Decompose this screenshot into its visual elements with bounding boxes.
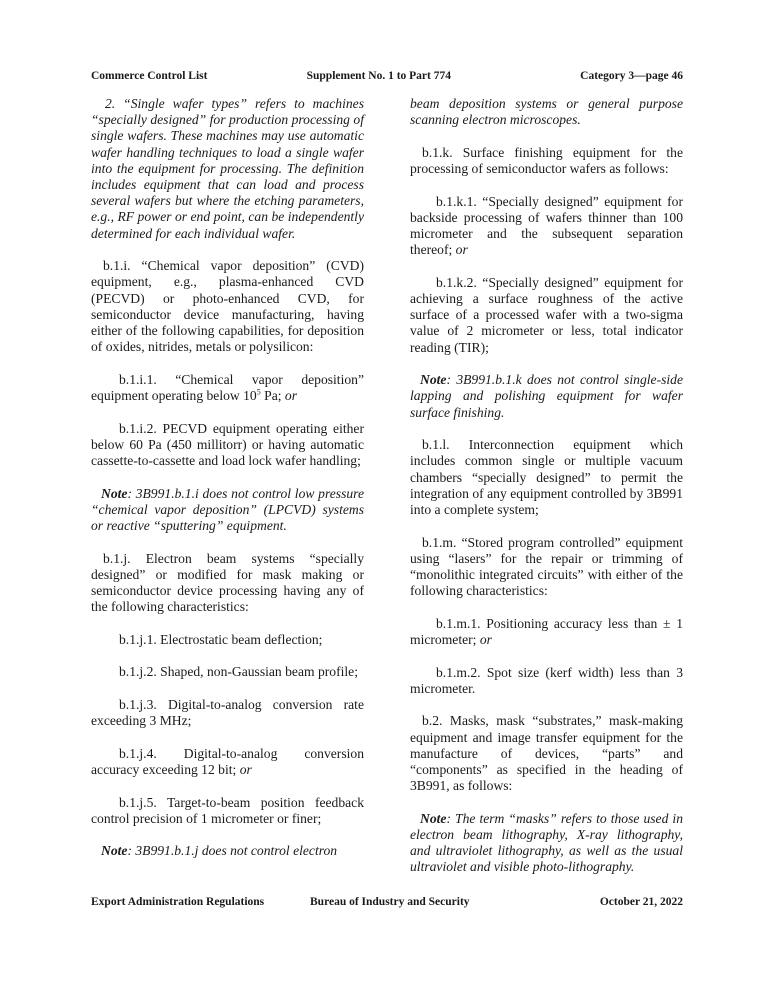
footer-right: October 21, 2022 [600, 896, 683, 908]
header-left: Commerce Control List [91, 70, 207, 82]
para-b1j4: b.1.j.4. Digital-to-analog conversion ac… [91, 746, 364, 778]
footer-left: Export Administration Regulations [91, 896, 264, 908]
note-b1i: Note: 3B991.b.1.i does not control low p… [91, 486, 364, 535]
note-b2: Note: The term “masks” refers to those u… [410, 811, 683, 876]
para-b2: b.2. Masks, mask “substrates,” mask-maki… [410, 713, 683, 794]
footer-center: Bureau of Industry and Security [310, 896, 470, 908]
header-right: Category 3—page 46 [580, 70, 683, 82]
para-b1k1: b.1.k.1. “Specially designed” equipment … [410, 194, 683, 259]
para-b1j1: b.1.j.1. Electrostatic beam deflection; [91, 632, 364, 648]
para-b1j: b.1.j. Electron beam systems “specially … [91, 551, 364, 616]
para-b1k2: b.1.k.2. “Specially designed” equipment … [410, 275, 683, 356]
para-b1k: b.1.k. Surface finishing equipment for t… [410, 145, 683, 177]
note-b1j-continued: beam deposition systems or general purpo… [410, 96, 683, 128]
para-b1j3: b.1.j.3. Digital-to-analog conversion ra… [91, 697, 364, 729]
para-b1m2: b.1.m.2. Spot size (kerf width) less tha… [410, 665, 683, 697]
left-column: 2. “Single wafer types” refers to machin… [91, 96, 364, 876]
para-b1j5: b.1.j.5. Target-to-beam position feedbac… [91, 795, 364, 827]
page-header: Commerce Control List Supplement No. 1 t… [91, 70, 683, 82]
page-footer: Export Administration Regulations Bureau… [91, 896, 683, 908]
right-column: beam deposition systems or general purpo… [410, 96, 683, 892]
note-b1j: Note: 3B991.b.1.j does not control elect… [91, 843, 364, 859]
para-b1l: b.1.l. Interconnection equipment which i… [410, 437, 683, 518]
para-b1m1: b.1.m.1. Positioning accuracy less than … [410, 616, 683, 648]
para-b1i1: b.1.i.1. “Chemical vapor deposition” equ… [91, 372, 364, 404]
para-b1j2: b.1.j.2. Shaped, non-Gaussian beam profi… [91, 664, 364, 680]
para-b1m: b.1.m. “Stored program controlled” equip… [410, 535, 683, 600]
para-b1i2: b.1.i.2. PECVD equipment operating eithe… [91, 421, 364, 470]
note-b1k: Note: 3B991.b.1.k does not control singl… [410, 372, 683, 421]
header-center: Supplement No. 1 to Part 774 [307, 70, 451, 82]
para-b1i: b.1.i. “Chemical vapor deposition” (CVD)… [91, 258, 364, 355]
definition-single-wafer: 2. “Single wafer types” refers to machin… [91, 96, 364, 242]
